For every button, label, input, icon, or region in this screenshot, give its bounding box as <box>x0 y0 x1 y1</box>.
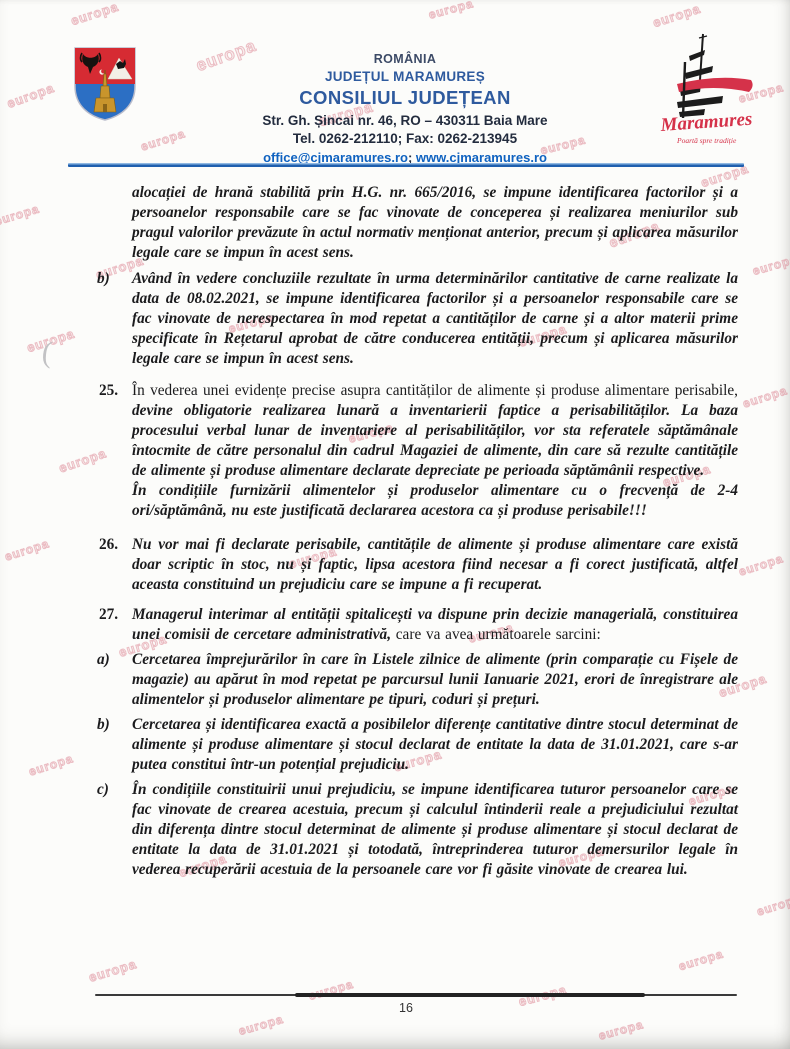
list-item-a: a) Cercetarea împrejurărilor în care în … <box>97 650 738 710</box>
paragraph-text: alocației de hrană stabilită prin H.G. n… <box>132 184 738 261</box>
paragraph-text-emphasis: devine obligatorie realizarea lunară a i… <box>132 402 738 479</box>
item-marker: 26. <box>99 535 132 555</box>
country-title: ROMÂNIA <box>230 52 580 66</box>
list-item-25: 25. În vederea unei evidențe precise asu… <box>97 381 738 481</box>
item-marker: c) <box>97 780 130 800</box>
document-page: europaeuropaeuropaeuropaeuropaeuropaeuro… <box>0 0 790 1049</box>
list-item-b2: b) Cercetarea și identificarea exactă a … <box>97 715 738 775</box>
paragraph-text: În condițiile furnizării alimentelor și … <box>132 482 738 519</box>
county-title: JUDEȚUL MARAMUREȘ <box>230 69 580 84</box>
paragraph-text: În condițiile constituirii unui prejudic… <box>132 781 738 878</box>
item-marker: 25. <box>99 381 132 401</box>
list-item-27: 27. Managerul interimar al entității spi… <box>97 605 738 645</box>
list-item-c: c) În condițiile constituirii unui preju… <box>97 780 738 880</box>
coat-of-arms <box>72 46 138 122</box>
logo-wordmark: Maramures <box>659 109 753 136</box>
maramures-logo: Maramures Poartă spre tradiție <box>633 28 773 150</box>
scan-artifact: ( <box>40 336 53 371</box>
list-item-25-continuation: În condițiile furnizării alimentelor și … <box>97 481 738 521</box>
logo-tagline: Poartă spre tradiție <box>676 136 737 145</box>
letterhead: ROMÂNIA JUDEȚUL MARAMUREȘ CONSILIUL JUDE… <box>230 52 580 165</box>
paragraph-text: care va avea următoarele sarcini: <box>396 626 601 643</box>
footer-divider-rule-center <box>295 993 645 997</box>
document-text: alocației de hrană stabilită prin H.G. n… <box>97 183 738 880</box>
item-marker: a) <box>97 650 130 670</box>
header-divider-rule <box>68 163 744 167</box>
coat-of-arms-shield <box>72 46 138 122</box>
item-marker: b) <box>97 715 130 735</box>
paragraph-text: În vederea unei evidențe precise asupra … <box>132 382 738 399</box>
paragraph-text: Cercetarea împrejurărilor în care în Lis… <box>132 651 738 708</box>
item-marker: b) <box>97 269 130 289</box>
red-roof-stroke <box>677 78 753 92</box>
church-gate-icon <box>677 34 753 118</box>
paragraph-text: Cercetarea și identificarea exactă a pos… <box>132 716 738 773</box>
phone-fax-line: Tel. 0262-212110; Fax: 0262-213945 <box>230 131 580 146</box>
paragraph-continuation: alocației de hrană stabilită prin H.G. n… <box>97 183 738 263</box>
paragraph-text: Nu vor mai fi declarate perisabile, cant… <box>132 536 738 593</box>
institution-title: CONSILIUL JUDEȚEAN <box>230 87 580 109</box>
item-marker: 27. <box>99 605 132 625</box>
page-number: 16 <box>0 1001 790 1015</box>
paragraph-text: Având în vedere concluziile rezultate în… <box>132 270 738 367</box>
list-item-b1: b) Având în vedere concluziile rezultate… <box>97 269 738 369</box>
list-item-26: 26. Nu vor mai fi declarate perisabile, … <box>97 535 738 595</box>
address-line: Str. Gh. Șincai nr. 46, RO – 430311 Baia… <box>230 113 580 128</box>
